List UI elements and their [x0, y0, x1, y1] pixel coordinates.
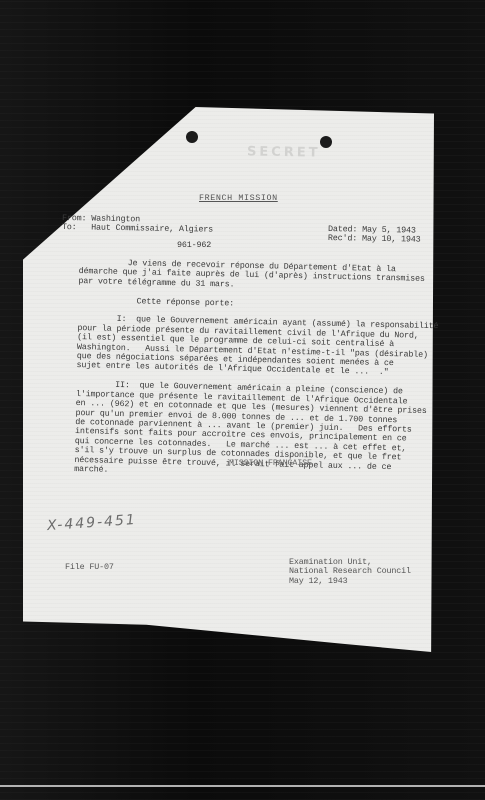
document-heading: FRENCH MISSION [199, 194, 278, 203]
examination-unit-block: Examination Unit, National Research Coun… [289, 558, 411, 586]
punch-hole-right [320, 136, 332, 148]
from-to-block: From: Washington To: Haut Commissaire, A… [62, 214, 213, 235]
reference-number: 961-962 [177, 241, 211, 250]
file-reference: File FU-07 [65, 563, 114, 572]
signature: MISSION FRANCAISE [229, 459, 312, 468]
message-body: Je viens de recevoir réponse du Départem… [74, 258, 440, 482]
corner-mark: · [426, 649, 429, 655]
dates-block: Dated: May 5, 1943 Rec'd: May 10, 1943 [328, 225, 421, 245]
scan-edge-line [0, 785, 485, 787]
punch-hole-left [186, 131, 198, 143]
classification-stamp: SECRET [247, 144, 321, 160]
